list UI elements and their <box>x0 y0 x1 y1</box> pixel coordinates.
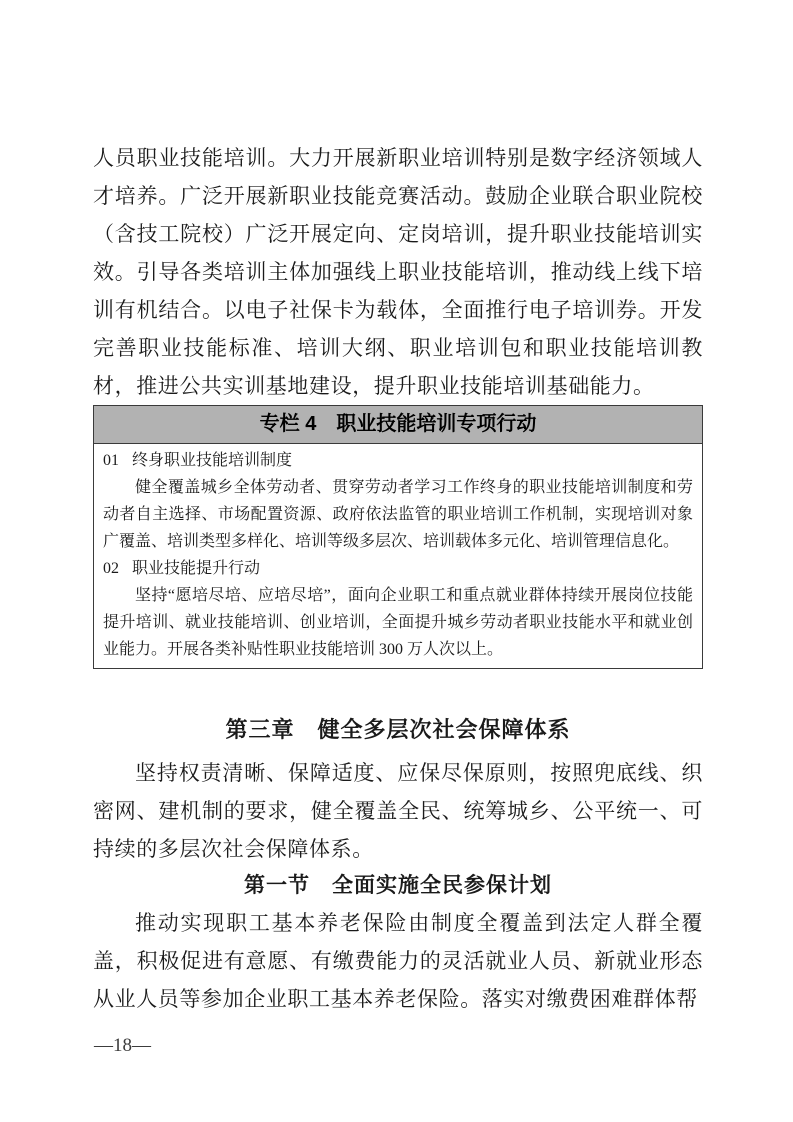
box-item-heading: 01终身职业技能培训制度 <box>103 447 693 474</box>
box-item-number: 01 <box>103 447 119 474</box>
feature-box-title: 专栏 4 职业技能培训专项行动 <box>94 406 702 444</box>
page-content: 人员职业技能培训。大力开展新职业培训特别是数字经济领域人才培养。广泛开展新职业技… <box>93 0 703 1018</box>
section-heading: 第一节 全面实施全民参保计划 <box>93 871 703 901</box>
box-item-text: 健全覆盖城乡全体劳动者、贯穿劳动者学习工作终身的职业技能培训制度和劳动者自主选择… <box>103 474 693 555</box>
page-number: —18— <box>94 1034 151 1058</box>
feature-box-body: 01终身职业技能培训制度 健全覆盖城乡全体劳动者、贯穿劳动者学习工作终身的职业技… <box>94 444 702 668</box>
paragraph-continuation: 人员职业技能培训。大力开展新职业培训特别是数字经济领域人才培养。广泛开展新职业技… <box>93 0 703 405</box>
document-page: 人员职业技能培训。大力开展新职业培训特别是数字经济领域人才培养。广泛开展新职业技… <box>0 0 793 1122</box>
box-item: 01终身职业技能培训制度 健全覆盖城乡全体劳动者、贯穿劳动者学习工作终身的职业技… <box>103 447 693 555</box>
box-item-title: 职业技能提升行动 <box>132 560 260 577</box>
box-item: 02职业技能提升行动 坚持“愿培尽培、应培尽培”，面向企业职工和重点就业群体持续… <box>103 555 693 663</box>
chapter-heading: 第三章 健全多层次社会保障体系 <box>93 715 703 745</box>
box-item-heading: 02职业技能提升行动 <box>103 555 693 582</box>
paragraph-section-body: 推动实现职工基本养老保险由制度全覆盖到法定人群全覆盖，积极促进有意愿、有缴费能力… <box>93 904 703 1018</box>
box-item-number: 02 <box>103 555 119 582</box>
feature-box: 专栏 4 职业技能培训专项行动 01终身职业技能培训制度 健全覆盖城乡全体劳动者… <box>93 405 703 669</box>
box-item-text: 坚持“愿培尽培、应培尽培”，面向企业职工和重点就业群体持续开展岗位技能提升培训、… <box>103 582 693 663</box>
box-item-title: 终身职业技能培训制度 <box>132 452 292 469</box>
paragraph-chapter-intro: 坚持权责清晰、保障适度、应保尽保原则，按照兜底线、织密网、建机制的要求，健全覆盖… <box>93 754 703 868</box>
